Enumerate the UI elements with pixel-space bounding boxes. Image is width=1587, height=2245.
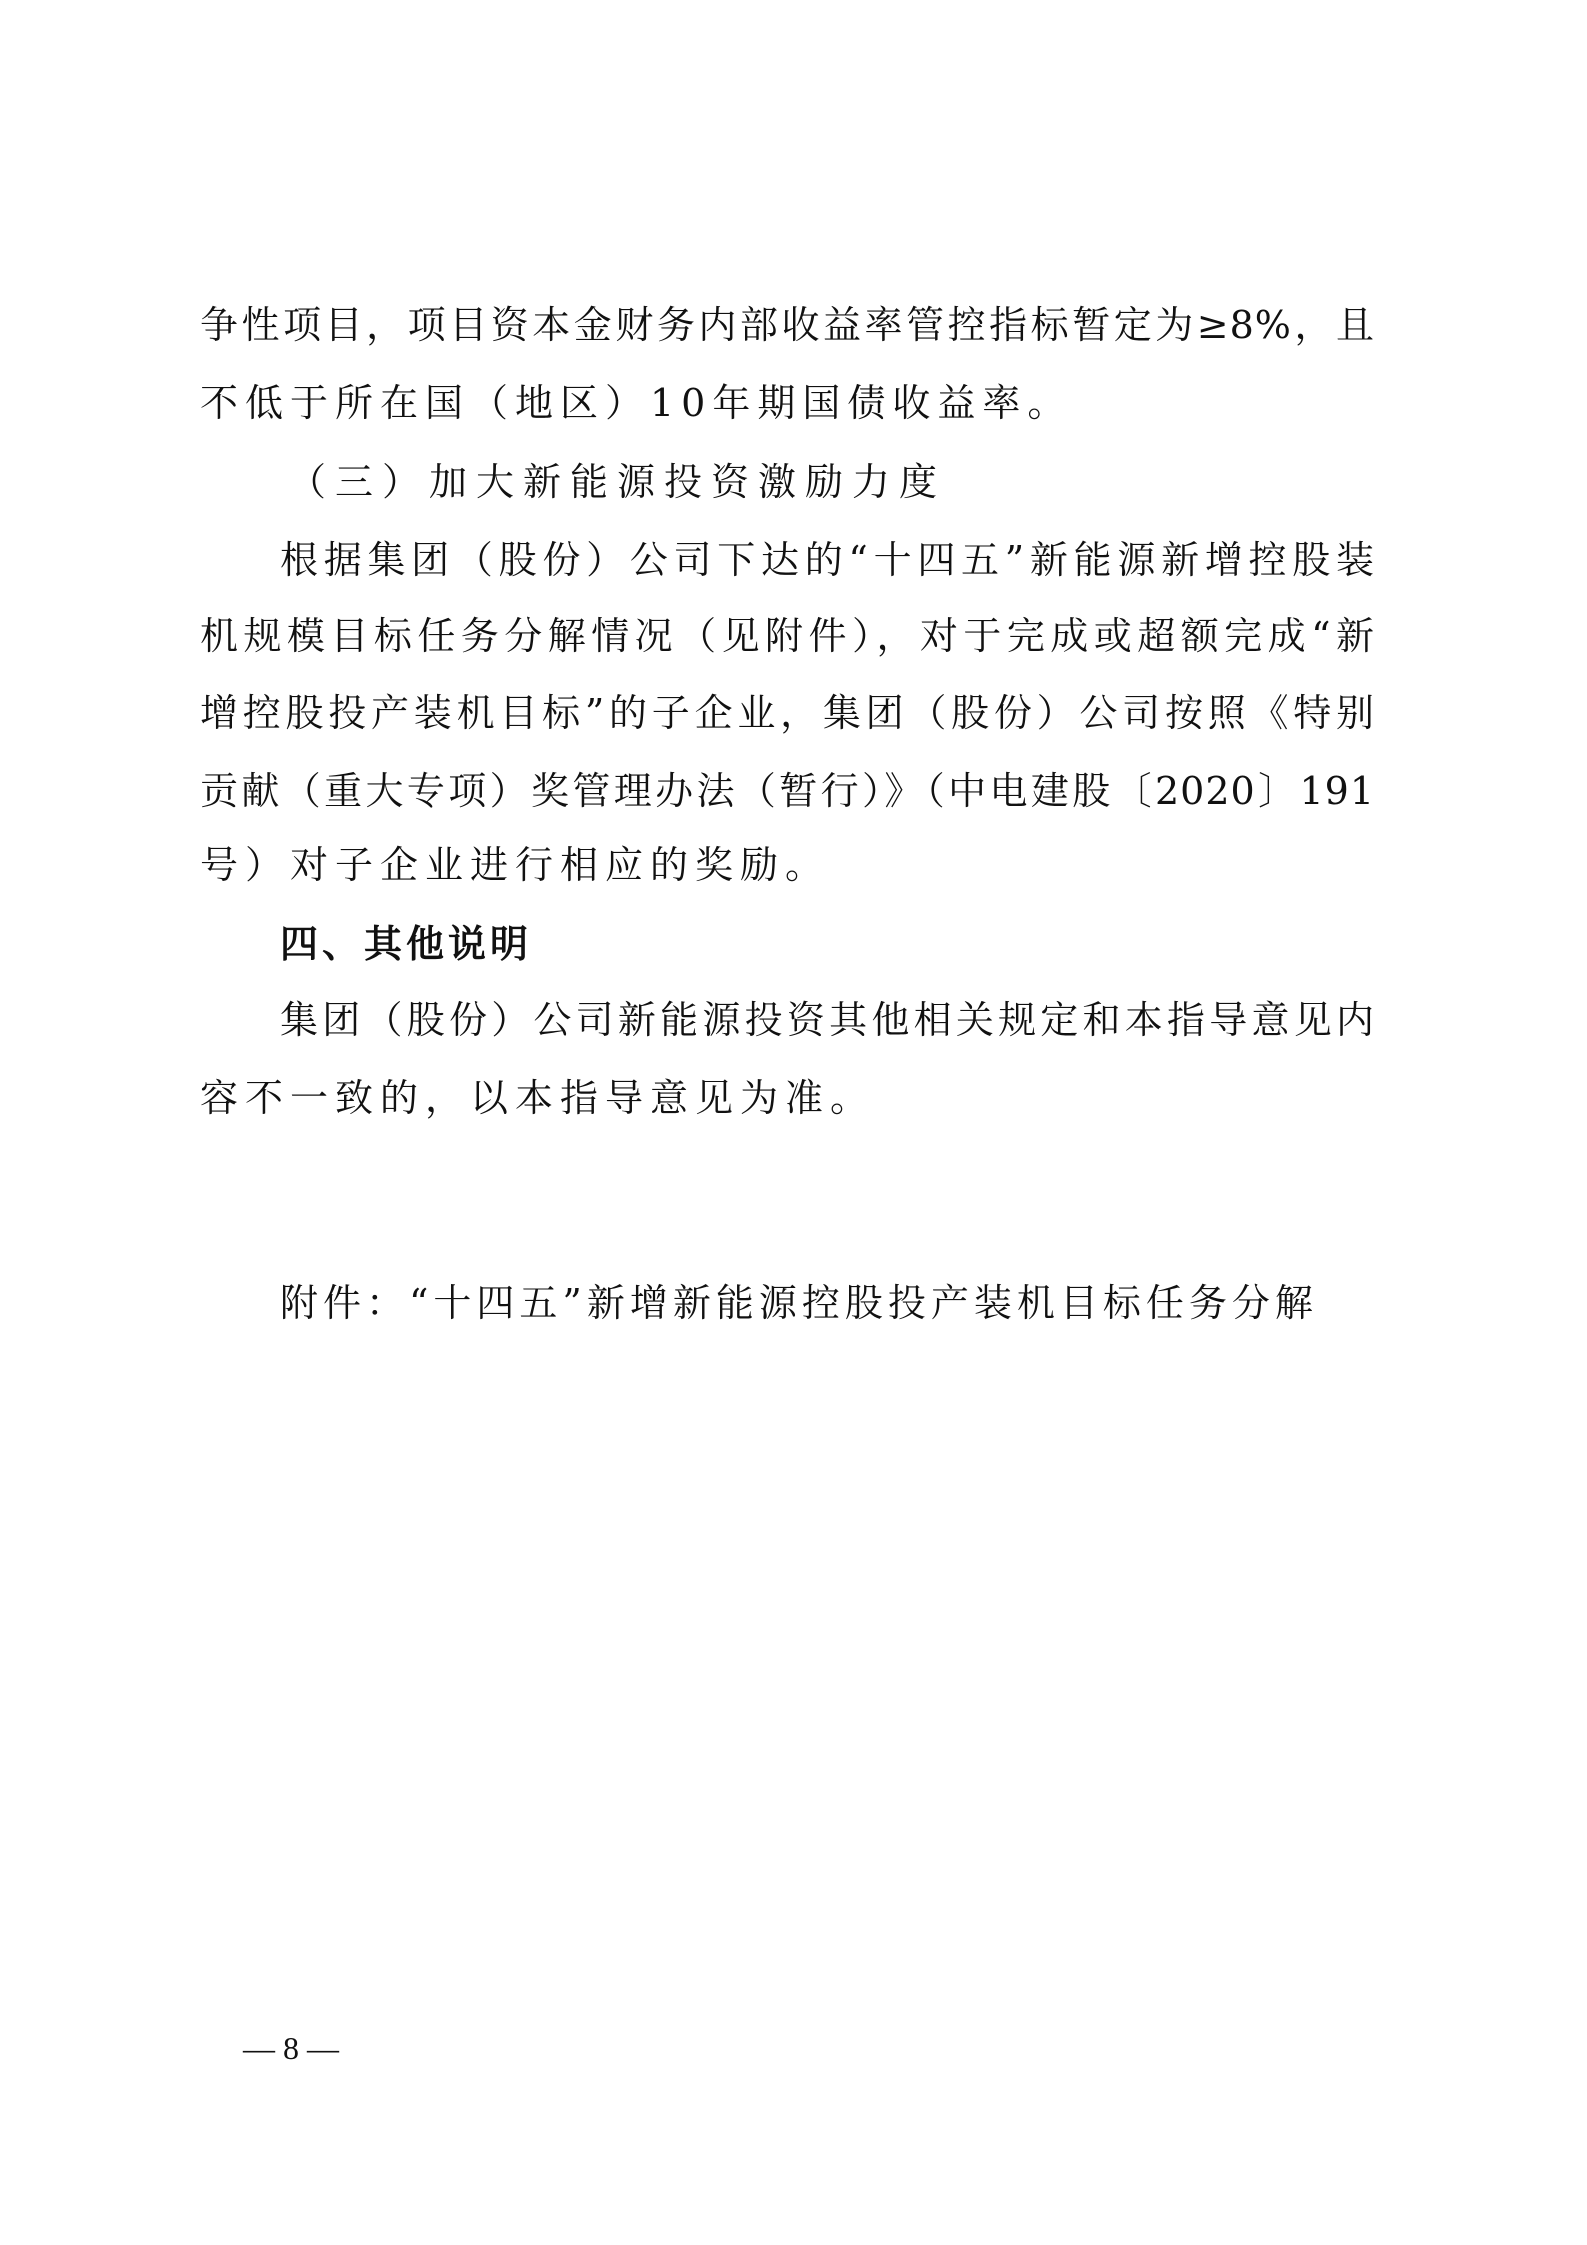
page-number: — 8 — [243,2030,339,2066]
body-line: 不低于所在国（地区）10年期国债收益率。 [200,373,1375,433]
body-line: 集团（股份）公司新能源投资其他相关规定和本指导意见内 [280,990,1375,1050]
body-line: 根据集团（股份）公司下达的“十四五”新能源新增控股装 [280,530,1375,590]
attachment-reference: 附件：“十四五”新增新能源控股投产装机目标任务分解 [280,1273,1375,1333]
body-line: 机规模目标任务分解情况（见附件），对于完成或超额完成“新 [200,606,1375,666]
section-subheading: （三）加大新能源投资激励力度 [288,452,1463,512]
body-line: 增控股投产装机目标”的子企业，集团（股份）公司按照《特别 [200,683,1375,743]
section-heading: 四、其他说明 [280,914,1375,974]
body-line: 容不一致的，以本指导意见为准。 [200,1068,1375,1128]
body-line: 贡献（重大专项）奖管理办法（暂行）》（中电建股〔2020〕191 [200,761,1375,821]
document-page: 争性项目，项目资本金财务内部收益率管控指标暂定为≥8%，且 不低于所在国（地区）… [0,0,1587,2245]
body-line: 争性项目，项目资本金财务内部收益率管控指标暂定为≥8%，且 [200,295,1375,355]
body-line: 号）对子企业进行相应的奖励。 [200,835,1375,895]
